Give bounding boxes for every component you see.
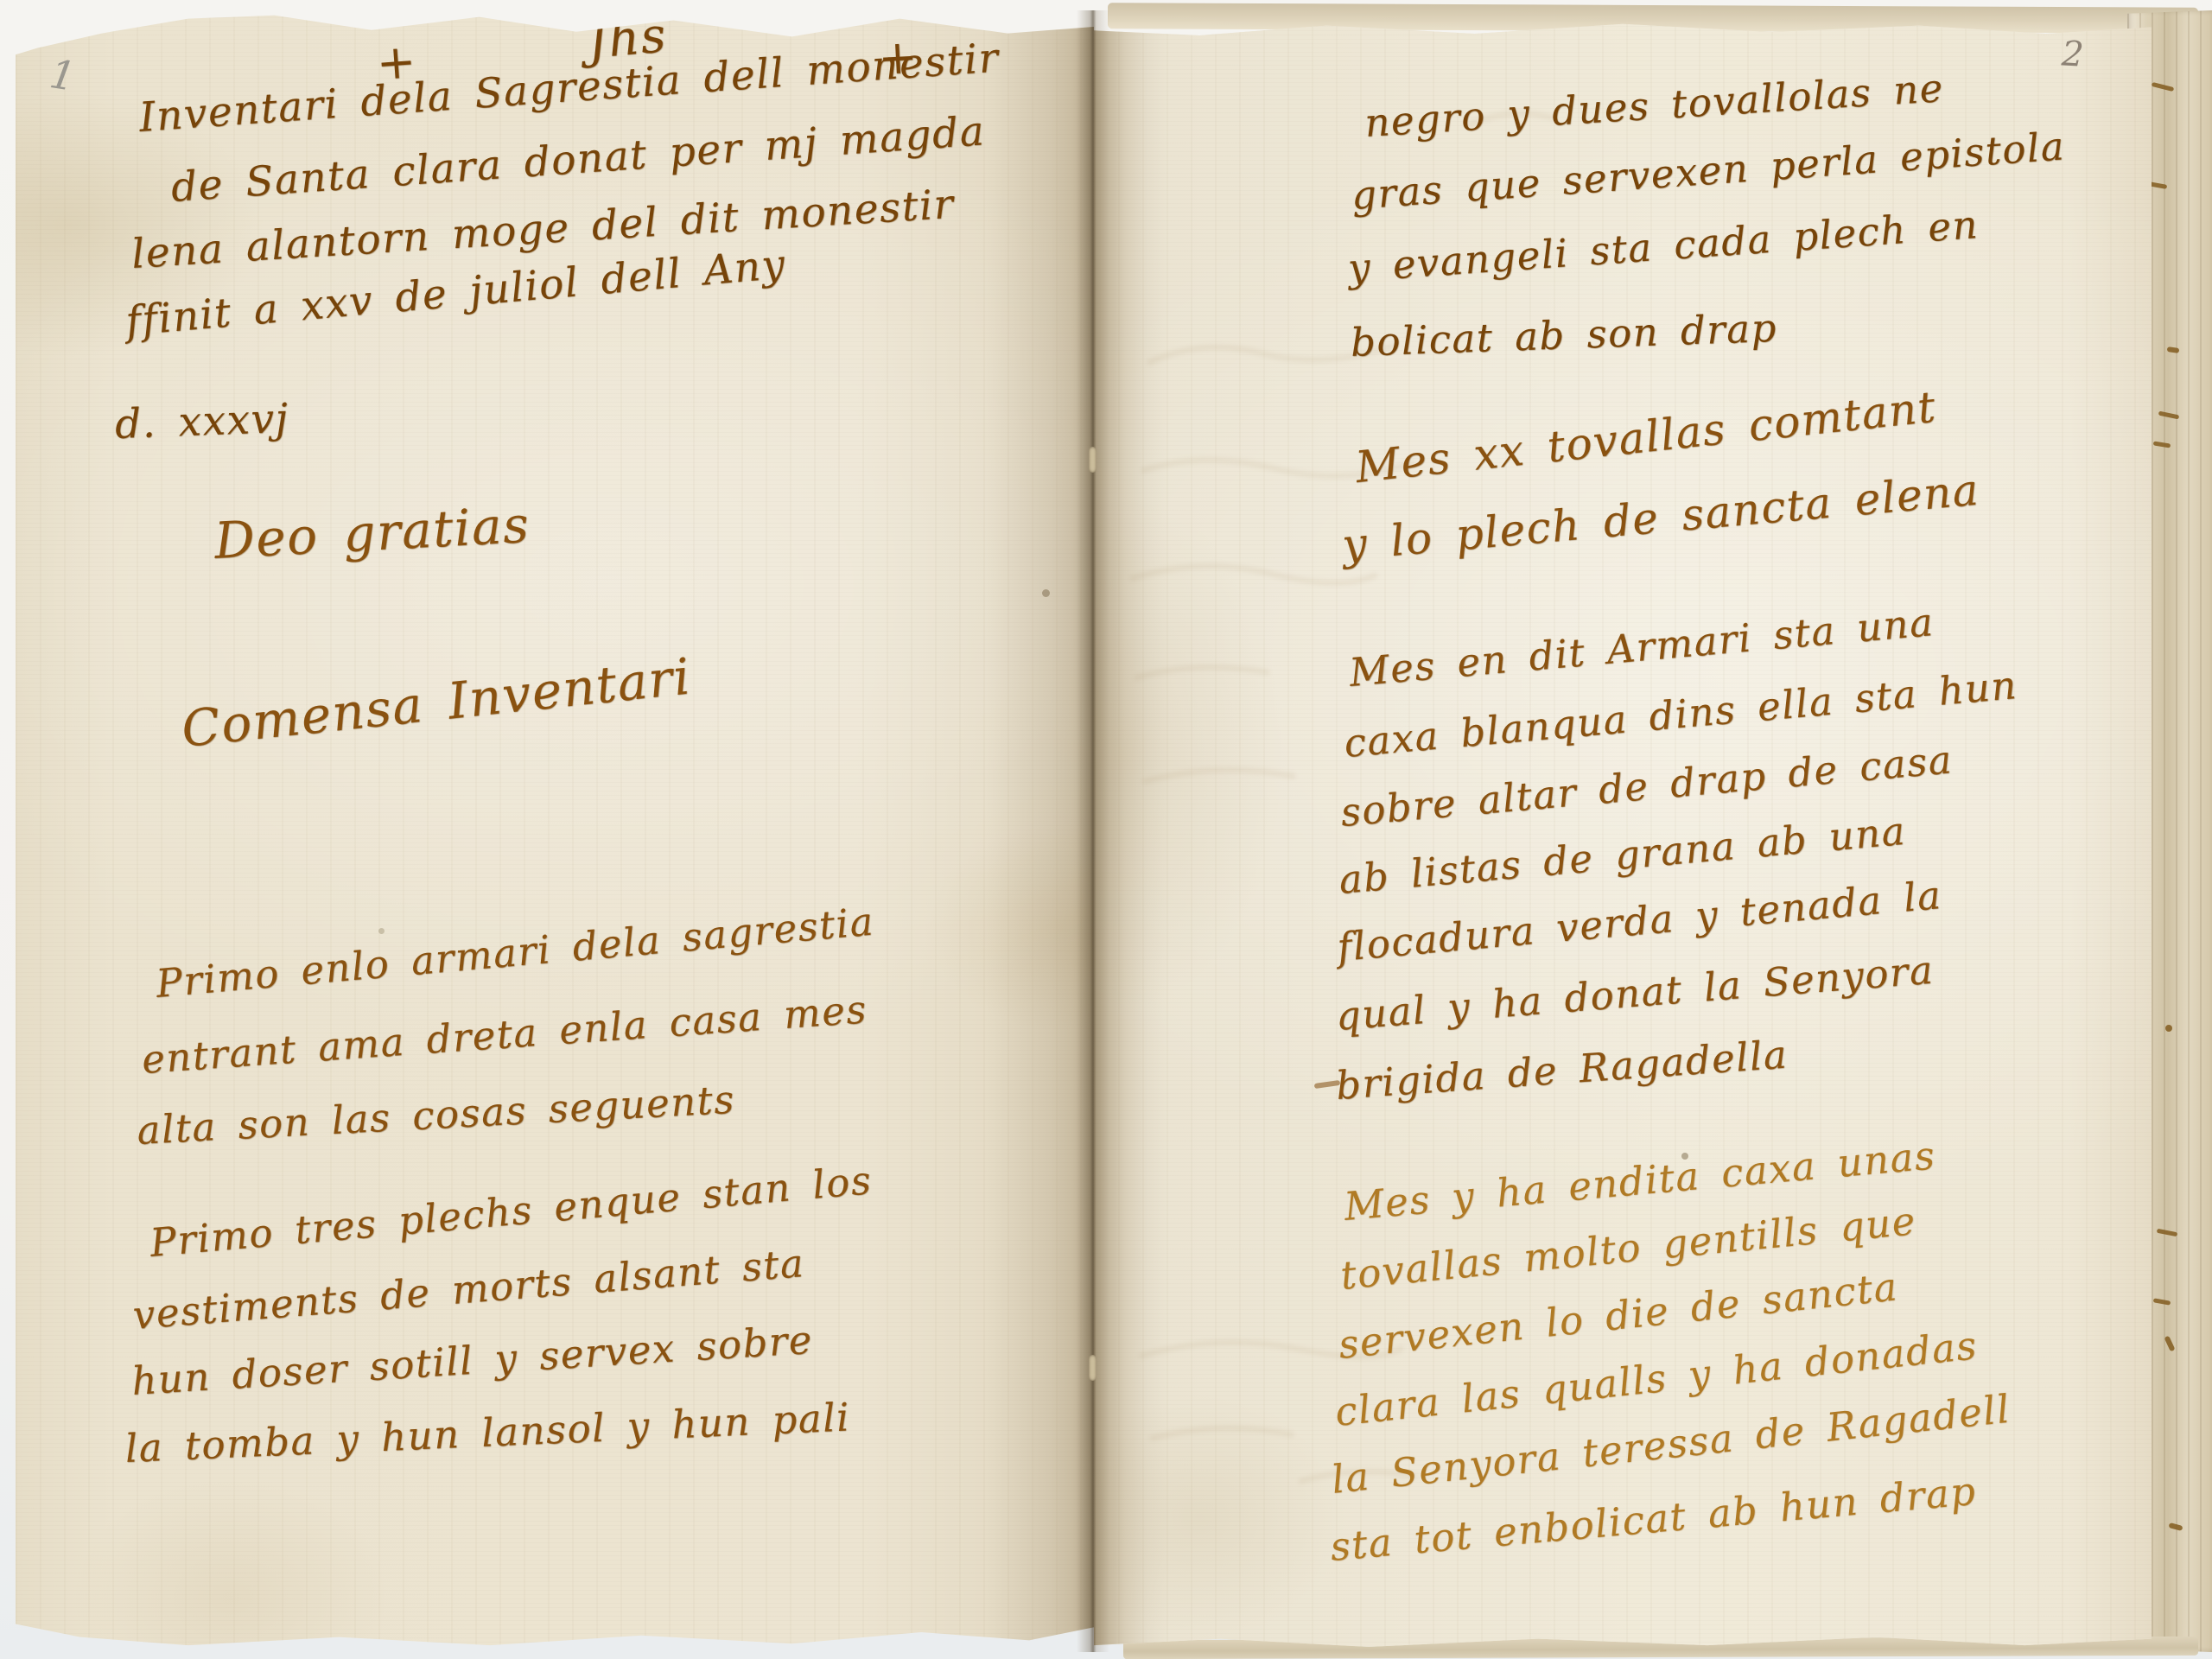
fore-edge-ink-mark [2153,441,2171,448]
folio-number: 2 [2061,34,2085,74]
fore-edge-ink-mark [2158,411,2180,420]
manuscript-line: d. xxxvj [114,395,289,448]
manuscript-line: entrant ama dreta enla casa mes [140,986,868,1083]
fore-edge-ink-mark [2165,1025,2172,1032]
fore-edge-ink-mark [2164,1336,2175,1352]
manuscript-line: Primo enlo armari dela sagrestia [154,899,875,1007]
right-page: 2 negro y dues tovallolas ne gras que se… [1094,21,2152,1647]
left-page: 1 + Jhs + Inventari dela Sagrestia dell … [16,12,1094,1647]
fore-edge-ink-mark [2168,1522,2183,1531]
paper-speck [378,928,385,934]
manuscript-line: la tomba y hun lansol y hun pali [124,1394,851,1471]
fore-edge-ink-mark [2153,1298,2171,1305]
folio-number: 1 [47,50,79,100]
manuscript-line: bolicat ab son drap [1350,305,1778,365]
paper-speck [1681,1153,1688,1160]
manuscript-line: negro y dues tovallolas ne [1363,65,1945,146]
fore-edge-ink-mark [2157,1229,2178,1236]
fore-edge-ink-mark [2167,346,2180,353]
deo-gratias-line: Deo gratias [213,495,531,570]
manuscript-line: y evangeli sta cada plech en [1346,201,1980,291]
paper-speck [1042,589,1050,597]
incipit-line: Comensa Inventari [179,646,694,759]
fore-edge-ink-mark [2152,82,2174,92]
manuscript-scan: 1 + Jhs + Inventari dela Sagrestia dell … [0,0,2212,1659]
manuscript-line: alta son las cosas seguents [136,1077,736,1154]
manuscript-line: brigida de Ragadella [1334,1032,1789,1109]
